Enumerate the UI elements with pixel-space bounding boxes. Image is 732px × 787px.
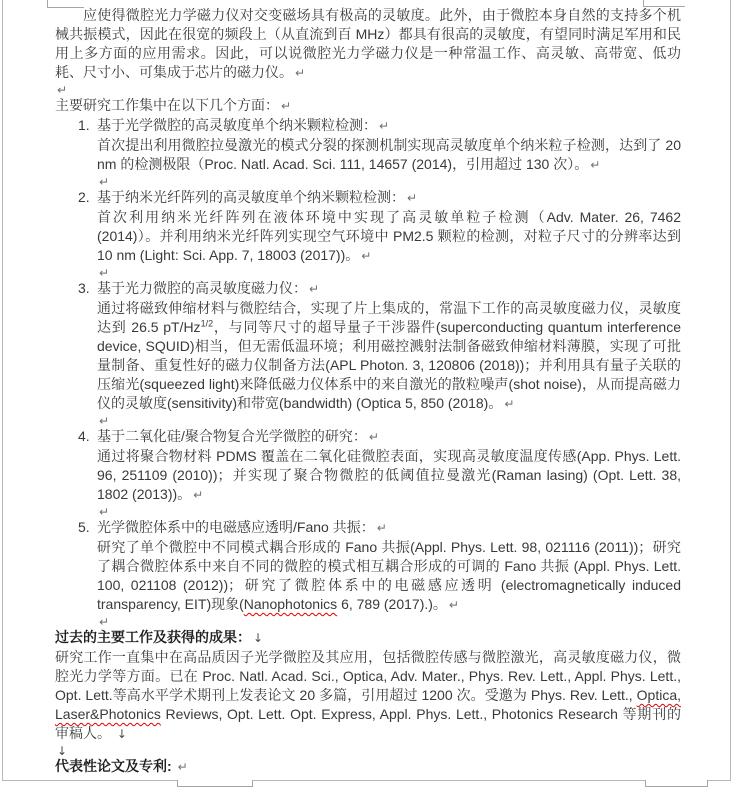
paragraph-mark-icon: ↵ [176,760,188,774]
empty-paragraph[interactable]: ↓ [55,744,681,757]
text-run: 光学微腔体系中的电磁感应透明/Fano 共振： [97,519,375,535]
page-bottom-edge [2,780,731,781]
line-break-mark-icon: ↓ [251,631,263,645]
list-item-body[interactable]: 通过将聚合物材料 PDMS 覆盖在二氧化硅微腔表面，实现高灵敏度温度传感(App… [97,447,681,505]
paragraph-mark-icon: ↵ [191,488,203,502]
paragraph-mark-icon: ↵ [588,158,600,172]
list-number: 1. [78,116,90,135]
paragraph-mark-icon: ↵ [502,397,514,411]
text-run: 基于纳米光纤阵列的高灵敏度单个纳米颗粒检测： [97,189,405,205]
text-run: 1/2 [201,318,214,328]
section-heading[interactable]: 过去的主要工作及获得的成果：↓ [55,628,681,648]
text-run: 首次利用纳米光纤阵列在液体环境中实现了高灵敏单粒子检测（Adv. Mater. … [97,209,681,263]
list-item[interactable]: 5.光学微腔体系中的电磁感应透明/Fano 共振：↵研究了单个微腔中不同模式耦合… [55,518,681,628]
section-heading[interactable]: 代表性论文及专利: ↵ [55,757,681,777]
paragraph-mark-icon: ↵ [359,249,371,263]
list-item-title[interactable]: 2.基于纳米光纤阵列的高灵敏度单个纳米颗粒检测：↵ [97,188,681,208]
paragraph[interactable]: 主要研究工作集中在以下几个方面：↵ [55,96,681,116]
misspelled-text-run: Laser&Photonics [55,706,161,722]
list-item[interactable]: 2.基于纳米光纤阵列的高灵敏度单个纳米颗粒检测：↵首次利用纳米光纤阵列在液体环境… [55,188,681,279]
text-run: 研究工作一直集中在高品质因子光学微腔及其应用，包括微腔传感与微腔激光，高灵敏度磁… [55,649,681,703]
list-number: 2. [78,188,90,207]
text-run: 基于二氧化硅/聚合物复合光学微腔的研究： [97,428,367,444]
list-item-title[interactable]: 1.基于光学微腔的高灵敏度单个纳米颗粒检测：↵ [97,116,681,136]
text-boundary-mark-bottom-left [177,780,253,787]
paragraph[interactable]: 应使得微腔光力学磁力仪对交变磁场具有极高的灵敏度。此外，由于微腔本身自然的支持多… [55,6,681,83]
paragraph-mark-icon: ↵ [405,191,417,205]
list-item-body[interactable]: 研究了单个微腔中不同模式耦合形成的 Fano 共振(Appl. Phys. Le… [97,538,681,615]
list-item-title[interactable]: 5.光学微腔体系中的电磁感应透明/Fano 共振：↵ [97,518,681,538]
list-number: 4. [78,427,90,446]
empty-paragraph[interactable]: ↵ [97,505,681,518]
line-break-mark-icon: ↓ [115,727,127,741]
text-run: 主要研究工作集中在以下几个方面： [55,97,279,113]
empty-paragraph[interactable]: ↵ [55,83,681,96]
paragraph-mark-icon: ↵ [377,119,389,133]
list-item-body[interactable]: 首次提出利用微腔拉曼激光的模式分裂的探测机制实现高灵敏度单个纳米粒子检测，达到了… [97,136,681,175]
text-run: 基于光学微腔的高灵敏度单个纳米颗粒检测： [97,117,377,133]
list-item-body[interactable]: 通过将磁致伸缩材料与微腔结合，实现了片上集成的，常温下工作的高灵敏度磁力仪，灵敏… [97,299,681,414]
paragraph-mark-icon: ↵ [367,430,379,444]
paragraph-mark-icon: ↵ [307,282,319,296]
misspelled-text-run: Nanophotonics [244,596,337,612]
list-number: 3. [78,279,90,298]
text-boundary-mark-bottom-right [645,780,708,787]
paragraph-mark-icon: ↵ [55,83,67,97]
document-text-area[interactable]: 应使得微腔光力学磁力仪对交变磁场具有极高的灵敏度。此外，由于微腔本身自然的支持多… [55,6,681,777]
list-item[interactable]: 3.基于光力微腔的高灵敏度磁力仪：↵通过将磁致伸缩材料与微腔结合，实现了片上集成… [55,279,681,427]
paragraph-mark-icon: ↵ [293,66,305,80]
text-run: 代表性论文及专利: [55,758,176,774]
list-item-title[interactable]: 4.基于二氧化硅/聚合物复合光学微腔的研究：↵ [97,427,681,447]
paragraph-mark-icon: ↵ [279,99,291,113]
line-break-mark-icon: ↓ [55,744,67,758]
text-run: 通过将聚合物材料 PDMS 覆盖在二氧化硅微腔表面，实现高灵敏度温度传感(App… [97,448,681,502]
paragraph-mark-icon: ↵ [97,505,109,519]
text-run: 6, 789 (2017).)。 [337,596,447,612]
paragraph-mark-icon: ↵ [97,175,109,189]
paragraph[interactable]: 研究工作一直集中在高品质因子光学微腔及其应用，包括微腔传感与微腔激光，高灵敏度磁… [55,648,681,744]
document-page[interactable]: 应使得微腔光力学磁力仪对交变磁场具有极高的灵敏度。此外，由于微腔本身自然的支持多… [0,0,732,787]
paragraph-mark-icon: ↵ [375,521,387,535]
paragraph-mark-icon: ↵ [97,615,109,629]
list-item-title[interactable]: 3.基于光力微腔的高灵敏度磁力仪：↵ [97,279,681,299]
list-number: 5. [78,518,90,537]
empty-paragraph[interactable]: ↵ [97,266,681,279]
empty-paragraph[interactable]: ↵ [97,175,681,188]
paragraph-mark-icon: ↵ [97,414,109,428]
text-run: 基于光力微腔的高灵敏度磁力仪： [97,280,307,296]
misspelled-text-run: Optica, [637,687,681,703]
empty-paragraph[interactable]: ↵ [97,414,681,427]
page-left-edge [2,0,3,780]
list-item[interactable]: 1.基于光学微腔的高灵敏度单个纳米颗粒检测：↵首次提出利用微腔拉曼激光的模式分裂… [55,116,681,188]
list-item-body[interactable]: 首次利用纳米光纤阵列在液体环境中实现了高灵敏单粒子检测（Adv. Mater. … [97,208,681,266]
page-right-edge [730,0,731,780]
list-item[interactable]: 4.基于二氧化硅/聚合物复合光学微腔的研究：↵通过将聚合物材料 PDMS 覆盖在… [55,427,681,518]
text-run: 应使得微腔光力学磁力仪对交变磁场具有极高的灵敏度。此外，由于微腔本身自然的支持多… [55,7,681,80]
text-run: 过去的主要工作及获得的成果： [55,629,251,645]
paragraph-mark-icon: ↵ [447,598,459,612]
empty-paragraph[interactable]: ↵ [97,615,681,628]
paragraph-mark-icon: ↵ [97,266,109,280]
